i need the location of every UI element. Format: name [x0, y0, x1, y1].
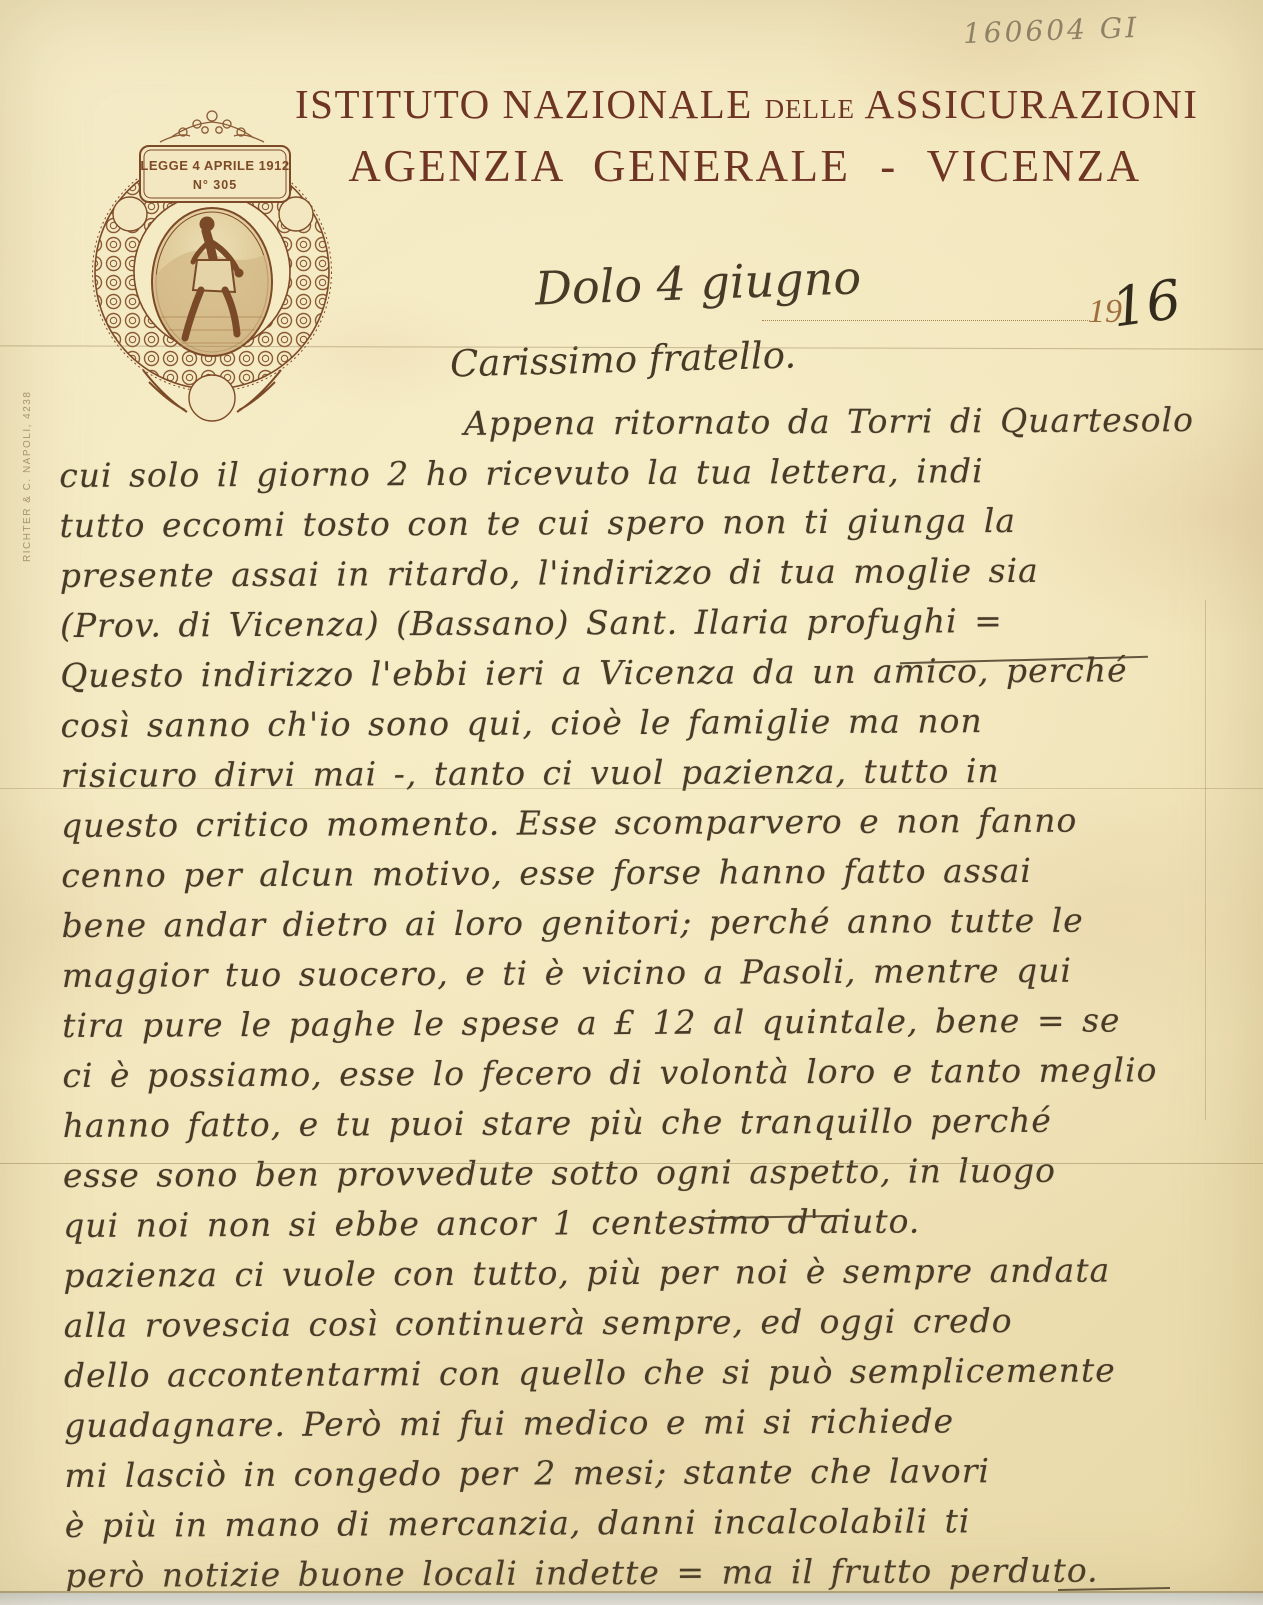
emblem-banner: LEGGE 4 APRILE 1912 N° 305 — [140, 146, 290, 202]
letterhead-line2: AGENZIA GENERALE - VICENZA — [295, 140, 1195, 192]
insurance-emblem: LEGGE 4 APRILE 1912 N° 305 — [85, 102, 340, 437]
handwritten-line: cui solo il giorno 2 ho ricevuto la tua … — [59, 445, 1209, 501]
fold-crease — [0, 1163, 1263, 1164]
fold-crease-vertical — [1205, 600, 1206, 1120]
printer-mark: RICHTER & C. NAPOLI, 4238 — [22, 391, 33, 562]
handwritten-line: mi lasciò in congedo per 2 mesi; stante … — [64, 1445, 1214, 1501]
handwritten-line: tira pure le paghe le spese a £ 12 al qu… — [62, 995, 1212, 1051]
handwritten-line: hanno fatto, e tu puoi stare più che tra… — [63, 1095, 1213, 1151]
handwritten-line: alla rovescia così continuerà sempre, ed… — [64, 1295, 1214, 1351]
handwritten-line: presente assai in ritardo, l'indirizzo d… — [60, 545, 1210, 601]
handwritten-line: maggior tuo suocero, e ti è vicino a Pas… — [62, 945, 1212, 1001]
handwritten-line: bene andar dietro ai loro genitori; perc… — [61, 895, 1211, 951]
place-date: Dolo 4 giugno — [534, 250, 862, 315]
letterhead-assicurazioni: ASSICURAZIONI — [865, 81, 1199, 127]
handwritten-line: esse sono ben provvedute sotto ogni aspe… — [63, 1145, 1213, 1201]
handwritten-line: questo critico momento. Esse scomparvero… — [61, 795, 1211, 851]
year-written: 16 — [1108, 268, 1185, 340]
handwritten-line: qui noi non si ebbe ancor 1 centesimo d'… — [63, 1195, 1213, 1251]
handwritten-line: guadagnare. Però mi fui medico e mi si r… — [64, 1395, 1214, 1451]
archive-number: 160604 GI — [962, 11, 1139, 50]
salutation: Carissimo fratello. — [449, 333, 796, 385]
banner-number-text: N° 305 — [193, 178, 237, 192]
handwritten-line: pazienza ci vuole con tutto, più per noi… — [63, 1245, 1213, 1301]
letter-body: Appena ritornato da Torri di Quartesolo … — [59, 395, 1215, 1601]
handwritten-line: risicuro dirvi mai -, tanto ci vuol pazi… — [61, 745, 1211, 801]
banner-law-text: LEGGE 4 APRILE 1912 — [140, 158, 289, 173]
handwritten-line: così sanno ch'io sono qui, cioè le famig… — [60, 695, 1210, 751]
emblem-top-ornament — [160, 111, 264, 142]
handwritten-line: dello accontentarmi con quello che si pu… — [64, 1345, 1214, 1401]
year: 1916 — [1088, 272, 1181, 335]
letterhead-institute: ISTITUTO NAZIONALE — [295, 81, 753, 127]
letterhead: ISTITUTO NAZIONALE DELLE ASSICURAZIONI A… — [295, 80, 1195, 192]
handwritten-line: Questo indirizzo l'ebbi ieri a Vicenza d… — [60, 645, 1210, 701]
handwritten-line: Appena ritornato da Torri di Quartesolo — [59, 395, 1209, 451]
handwritten-line: tutto eccomi tosto con te cui spero non … — [59, 495, 1209, 551]
handwritten-line: è più in mano di mercanzia, danni incalc… — [65, 1495, 1215, 1551]
handwritten-line: (Prov. di Vicenza) (Bassano) Sant. Ilari… — [60, 595, 1210, 651]
letterhead-line1: ISTITUTO NAZIONALE DELLE ASSICURAZIONI — [295, 80, 1195, 128]
scan-edge — [0, 1591, 1263, 1605]
fold-crease — [0, 788, 1263, 789]
handwritten-line: cenno per alcun motivo, esse forse hanno… — [61, 845, 1211, 901]
letterhead-delle: DELLE — [765, 94, 855, 124]
scanned-letter-page: 160604 GI ISTITUTO NAZIONALE DELLE ASSIC… — [0, 0, 1263, 1605]
date-rule — [762, 320, 1090, 321]
handwritten-line: ci è possiamo, esse lo fecero di volontà… — [62, 1045, 1212, 1101]
